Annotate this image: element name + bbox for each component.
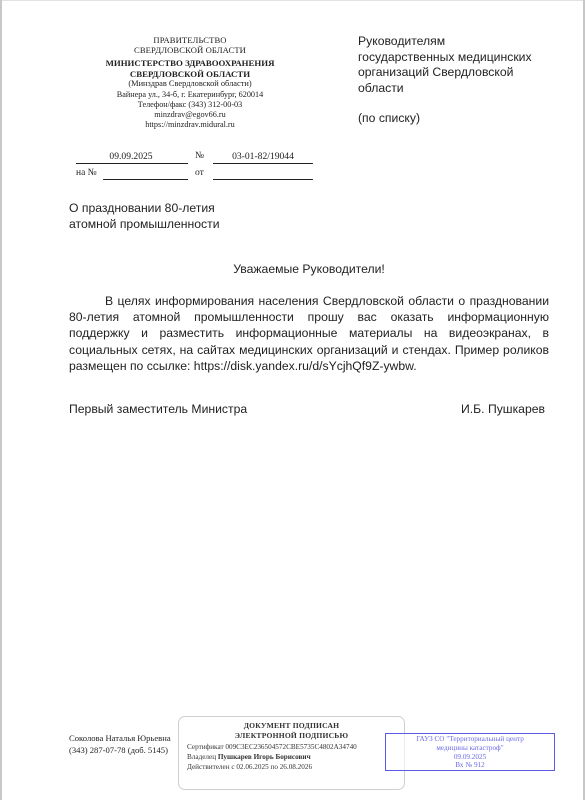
ministry-phone: Телефон/факс (343) 312-00-03 — [75, 100, 305, 110]
subject-line-2: атомной промышленности — [69, 216, 329, 232]
registration-date-underline — [76, 163, 188, 164]
subject-line-1: О праздновании 80-летия — [69, 200, 329, 216]
stamp-org-line-2: медицины катастроф" — [386, 744, 554, 753]
addressee-line-4: области — [358, 81, 568, 97]
greeting: Уважаемые Руководители! — [69, 262, 549, 276]
government-line-1: ПРАВИТЕЛЬСТВО — [75, 35, 305, 45]
addressee-note: (по списку) — [358, 111, 568, 127]
reference-number-label: на № — [76, 168, 97, 178]
reference-date-underline — [213, 179, 313, 180]
incoming-registration-stamp: ГАУЗ СО "Территориальный центр медицины … — [385, 733, 555, 771]
ministry-abbreviation: (Минздрав Свердловской области) — [75, 79, 305, 89]
esign-owner-value: Пушкарев Игорь Борисович — [218, 753, 311, 761]
ministry-line-1: МИНИСТЕРСТВО ЗДРАВООХРАНЕНИЯ — [75, 58, 305, 69]
letter-subject: О праздновании 80-летия атомной промышле… — [69, 200, 329, 232]
addressee-line-1: Руководителям — [358, 34, 568, 50]
esign-certificate-value: 009C3EC236504572CBE5735C4802A34740 — [225, 743, 356, 751]
ministry-website: https://minzdrav.midural.ru — [75, 120, 305, 130]
executor-block: Соколова Наталья Юрьевна (343) 287-07-78… — [69, 733, 171, 756]
signer-name: И.Б. Пушкарев — [461, 402, 545, 416]
executor-name: Соколова Наталья Юрьевна — [69, 733, 171, 745]
addressee-line-3: организаций Свердловской — [358, 65, 568, 81]
page-left-edge — [0, 0, 2, 800]
addressee-block: Руководителям государственных медицински… — [358, 34, 568, 127]
government-line-2: СВЕРДЛОВСКОЙ ОБЛАСТИ — [75, 45, 305, 55]
electronic-signature-stamp: ДОКУМЕНТ ПОДПИСАН ЭЛЕКТРОННОЙ ПОДПИСЬЮ С… — [178, 716, 405, 790]
stamp-date: 09.09.2025 — [386, 753, 554, 762]
registration-number-label: № — [195, 151, 204, 161]
executor-phone: (343) 287-07-78 (доб. 5145) — [69, 745, 171, 757]
esign-header: ДОКУМЕНТ ПОДПИСАН ЭЛЕКТРОННОЙ ПОДПИСЬЮ — [179, 721, 404, 740]
reference-date-label: от — [195, 168, 204, 178]
stamp-org-line-1: ГАУЗ СО "Территориальный центр — [386, 735, 554, 744]
ministry-email: minzdrav@egov66.ru — [75, 110, 305, 120]
esign-header-line-1: ДОКУМЕНТ ПОДПИСАН — [179, 721, 404, 731]
registration-number: 03-01-82/19044 — [213, 151, 313, 162]
esign-validity: Действителен с 02.06.2025 по 26.08.2026 — [187, 762, 404, 772]
addressee-line-2: государственных медицинских — [358, 50, 568, 66]
page-top-edge — [0, 0, 585, 1]
esign-certificate-label: Сертификат — [187, 743, 224, 751]
signer-title: Первый заместитель Министра — [69, 402, 247, 416]
registration-date: 09.09.2025 — [76, 151, 186, 162]
esign-header-line-2: ЭЛЕКТРОННОЙ ПОДПИСЬЮ — [179, 731, 404, 741]
ministry-address: Вайнера ул., 34-б, г. Екатеринбург, 6200… — [75, 90, 305, 100]
stamp-number: Вх № 912 — [386, 761, 554, 770]
letter-body: В целях информирования населения Свердло… — [69, 293, 549, 374]
esign-owner-label: Владелец — [187, 753, 216, 761]
ministry-line-2: СВЕРДЛОВСКОЙ ОБЛАСТИ — [75, 69, 305, 80]
reference-number-underline — [103, 179, 188, 180]
letterhead: ПРАВИТЕЛЬСТВО СВЕРДЛОВСКОЙ ОБЛАСТИ МИНИС… — [75, 35, 305, 130]
esign-certificate: Сертификат 009C3EC236504572CBE5735C4802A… — [187, 742, 404, 752]
registration-number-underline — [213, 163, 313, 164]
esign-owner: Владелец Пушкарев Игорь Борисович — [187, 752, 404, 762]
